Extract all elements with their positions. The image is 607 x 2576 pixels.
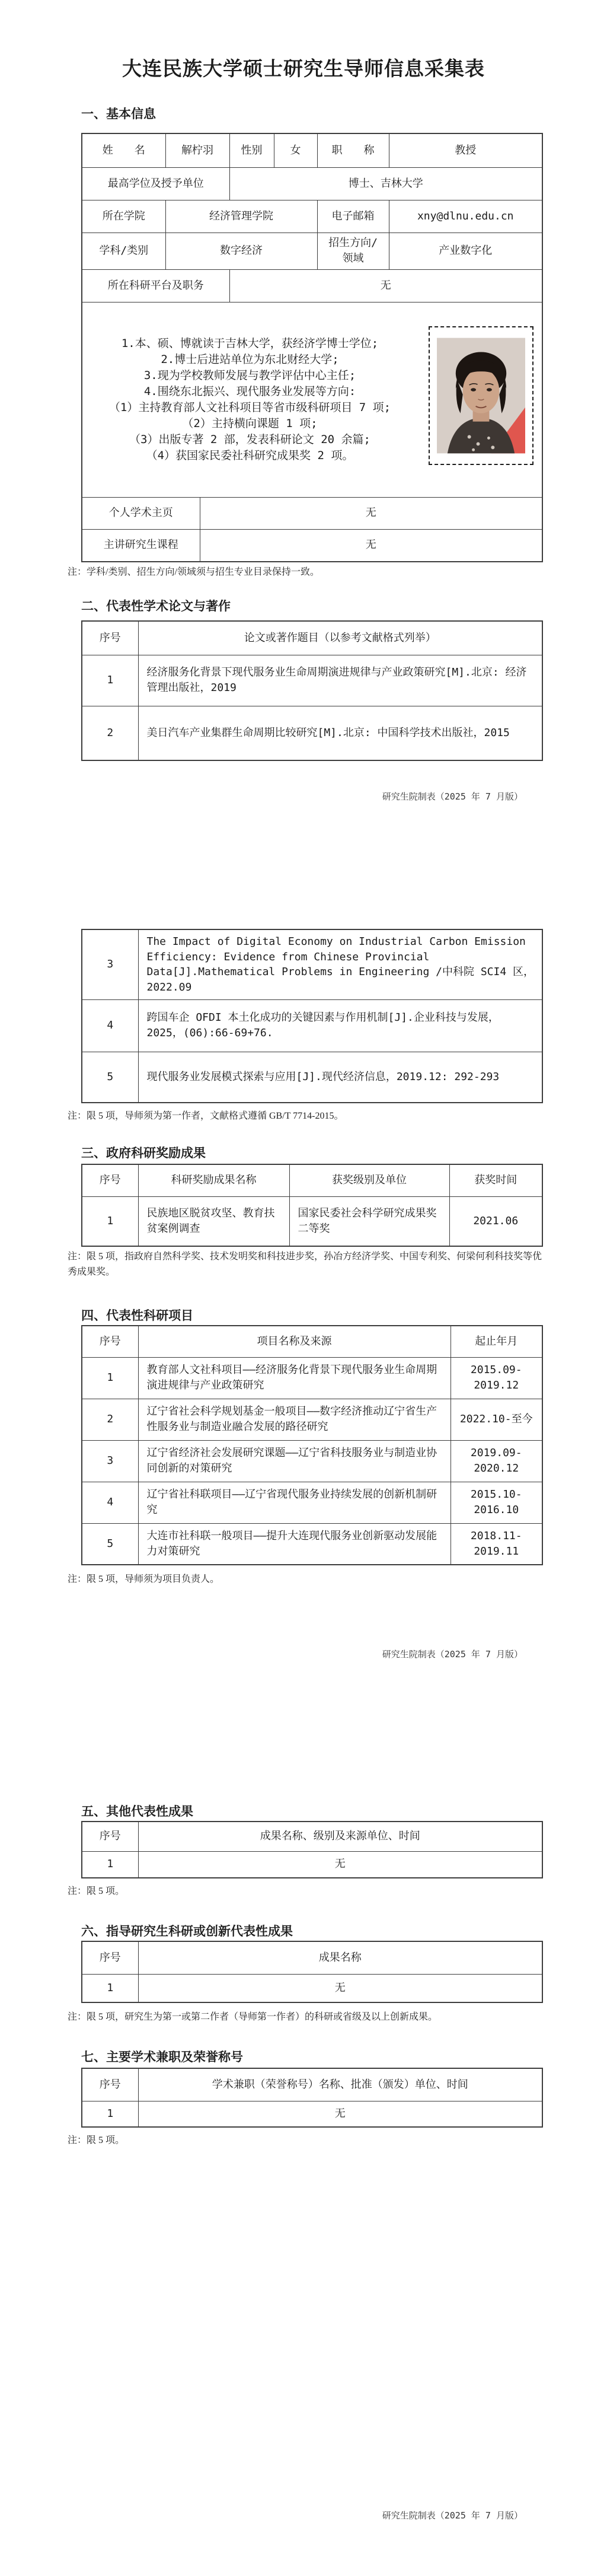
- papers-table-part1: 序号 论文或著作题目（以参考文献格式列举） 1 经济服务化背景下现代服务业生命周…: [81, 620, 543, 761]
- gender-value: 女: [274, 133, 317, 167]
- award-name: 民族地区脱贫攻坚、教育扶贫案例调查: [138, 1196, 289, 1246]
- bio-line: 3.现为学校教师发展与教学评估中心主任;: [88, 368, 411, 384]
- honors-col-no: 序号: [82, 2068, 138, 2101]
- paper-no: 3: [82, 929, 138, 999]
- table-row: 姓 名 解柠羽 性别 女 职 称 教授: [82, 133, 542, 167]
- section-heading-basic-info: 一、基本信息: [81, 104, 156, 122]
- project-period: 2015.09-2019.12: [451, 1357, 542, 1399]
- project-no: 1: [82, 1357, 138, 1399]
- others-col-name: 成果名称、级别及来源单位、时间: [138, 1822, 542, 1851]
- section-heading-awards: 三、政府科研奖励成果: [81, 1144, 206, 1161]
- table-header-row: 序号 成果名称、级别及来源单位、时间: [82, 1822, 542, 1851]
- note-student: 注：限 5 项，研究生为第一或第二作者（导师第一作者）的科研或省级及以上创新成果…: [68, 2010, 549, 2025]
- degree-value: 博士、吉林大学: [229, 167, 542, 200]
- homepage-label: 个人学术主页: [82, 497, 200, 529]
- table-row: 3 辽宁省经济社会发展研究课题——辽宁省科技服务业与制造业协同创新的对策研究 2…: [82, 1440, 542, 1482]
- portrait-photo-image: [437, 337, 525, 454]
- table-row: 4 跨国车企 OFDI 本土化成功的关键因素与作用机制[J].企业科技与发展，2…: [82, 999, 542, 1052]
- platform-label: 所在科研平台及职务: [82, 269, 229, 302]
- table-row: 1 教育部人文社科项目——经济服务化背景下现代服务业生命周期演进规律与产业政策研…: [82, 1357, 542, 1399]
- college-value: 经济管理学院: [165, 200, 317, 233]
- table-row: 2 辽宁省社会科学规划基金一般项目——数字经济推动辽宁省生产性服务业与制造业融合…: [82, 1399, 542, 1440]
- document-page: 大连民族大学硕士研究生导师信息采集表 一、基本信息 姓 名 解柠羽 性别 女 职…: [0, 0, 607, 2576]
- bio-cell: 1.本、硕、博就读于吉林大学，获经济学博士学位; 2.博士后进站单位为东北财经大…: [82, 302, 542, 497]
- project-name: 教育部人文社科项目——经济服务化背景下现代服务业生命周期演进规律与产业政策研究: [138, 1357, 451, 1399]
- project-no: 4: [82, 1482, 138, 1523]
- project-no: 3: [82, 1440, 138, 1482]
- bio-line: （3）出版专著 2 部，发表科研论文 20 余篇;: [88, 432, 411, 448]
- section-heading-others: 五、其他代表性成果: [81, 1802, 193, 1820]
- table-header-row: 序号 学术兼职（荣誉称号）名称、批准（颁发）单位、时间: [82, 2068, 542, 2101]
- paper-title: The Impact of Digital Economy on Industr…: [138, 929, 542, 999]
- discipline-label: 学科/类别: [82, 233, 165, 269]
- page-footer: 研究生院制表（2025 年 7 月版）: [382, 1648, 523, 1660]
- direction-label: 招生方向/领域: [317, 233, 389, 269]
- page-title: 大连民族大学硕士研究生导师信息采集表: [0, 53, 607, 81]
- paper-title: 现代服务业发展模式探索与应用[J].现代经济信息，2019.12: 292-29…: [138, 1052, 542, 1103]
- others-col-no: 序号: [82, 1822, 138, 1851]
- table-row: 4 辽宁省社科联项目——辽宁省现代服务业持续发展的创新机制研究 2015.10-…: [82, 1482, 542, 1523]
- gender-label: 性别: [229, 133, 274, 167]
- table-row: 所在科研平台及职务 无: [82, 269, 542, 302]
- awards-col-level: 获奖级别及单位: [289, 1164, 449, 1196]
- papers-table-part2: 3 The Impact of Digital Economy on Indus…: [81, 929, 543, 1103]
- bio-line: （4）获国家民委社科研究成果奖 2 项。: [88, 448, 411, 464]
- paper-title: 经济服务化背景下现代服务业生命周期演进规律与产业政策研究[M].北京: 经济管理…: [138, 655, 542, 706]
- project-period: 2018.11-2019.11: [451, 1523, 542, 1565]
- project-name: 辽宁省社会科学规划基金一般项目——数字经济推动辽宁省生产性服务业与制造业融合发展…: [138, 1399, 451, 1440]
- bio-line: （1）主持教育部人文社科项目等省市级科研项目 7 项;: [88, 400, 411, 416]
- note-others: 注：限 5 项。: [68, 1884, 549, 1899]
- note-projects: 注：限 5 项，导师须为项目负责人。: [68, 1572, 549, 1587]
- page-footer: 研究生院制表（2025 年 7 月版）: [382, 790, 523, 803]
- table-row: 5 现代服务业发展模式探索与应用[J].现代经济信息，2019.12: 292-…: [82, 1052, 542, 1103]
- table-row: 3 The Impact of Digital Economy on Indus…: [82, 929, 542, 999]
- project-name: 大连市社科联一般项目——提升大连现代服务业创新驱动发展能力对策研究: [138, 1523, 451, 1565]
- paper-no: 5: [82, 1052, 138, 1103]
- student-col-name: 成果名称: [138, 1941, 542, 1974]
- awards-table: 序号 科研奖励成果名称 获奖级别及单位 获奖时间 1 民族地区脱贫攻坚、教育扶贫…: [81, 1164, 543, 1247]
- name-label: 姓 名: [82, 133, 165, 167]
- papers-col-no: 序号: [82, 621, 138, 655]
- supervisor-photo: [429, 326, 533, 465]
- courses-label: 主讲研究生课程: [82, 529, 200, 562]
- table-row: 1 民族地区脱贫攻坚、教育扶贫案例调查 国家民委社会科学研究成果奖二等奖 202…: [82, 1196, 542, 1246]
- others-table: 序号 成果名称、级别及来源单位、时间 1 无: [81, 1821, 543, 1878]
- table-row: 2 美日汽车产业集群生命周期比较研究[M].北京: 中国科学技术出版社，2015: [82, 706, 542, 760]
- project-period: 2019.09-2020.12: [451, 1440, 542, 1482]
- degree-label: 最高学位及授予单位: [82, 167, 229, 200]
- table-header-row: 序号 科研奖励成果名称 获奖级别及单位 获奖时间: [82, 1164, 542, 1196]
- title-label: 职 称: [317, 133, 389, 167]
- bio-line: 2.博士后进站单位为东北财经大学;: [88, 352, 411, 368]
- awards-col-no: 序号: [82, 1164, 138, 1196]
- honors-col-name: 学术兼职（荣誉称号）名称、批准（颁发）单位、时间: [138, 2068, 542, 2101]
- project-name: 辽宁省经济社会发展研究课题——辽宁省科技服务业与制造业协同创新的对策研究: [138, 1440, 451, 1482]
- table-row: 所在学院 经济管理学院 电子邮箱 xny@dlnu.edu.cn: [82, 200, 542, 233]
- honor-name: 无: [138, 2101, 542, 2127]
- bio-line: 4.围绕东北振兴、现代服务业发展等方向:: [88, 384, 411, 400]
- table-row: 学科/类别 数字经济 招生方向/领域 产业数字化: [82, 233, 542, 269]
- student-achievements-table: 序号 成果名称 1 无: [81, 1941, 543, 2003]
- table-header-row: 序号 成果名称: [82, 1941, 542, 1974]
- projects-table: 序号 项目名称及来源 起止年月 1 教育部人文社科项目——经济服务化背景下现代服…: [81, 1325, 543, 1565]
- table-row: 主讲研究生课程 无: [82, 529, 542, 562]
- direction-value: 产业数字化: [389, 233, 542, 269]
- award-no: 1: [82, 1196, 138, 1246]
- section-heading-student: 六、指导研究生科研或创新代表性成果: [81, 1922, 293, 1940]
- college-label: 所在学院: [82, 200, 165, 233]
- email-label: 电子邮箱: [317, 200, 389, 233]
- table-row: 个人学术主页 无: [82, 497, 542, 529]
- honor-no: 1: [82, 2101, 138, 2127]
- section-heading-honors: 七、主要学术兼职及荣誉称号: [81, 2048, 243, 2065]
- paper-title: 美日汽车产业集群生命周期比较研究[M].北京: 中国科学技术出版社，2015: [138, 706, 542, 760]
- projects-col-period: 起止年月: [451, 1326, 542, 1357]
- table-row: 1 经济服务化背景下现代服务业生命周期演进规律与产业政策研究[M].北京: 经济…: [82, 655, 542, 706]
- table-row: 1 无: [82, 1851, 542, 1878]
- student-no: 1: [82, 1974, 138, 2002]
- bio-text: 1.本、硕、博就读于吉林大学，获经济学博士学位; 2.博士后进站单位为东北财经大…: [88, 336, 411, 464]
- awards-col-name: 科研奖励成果名称: [138, 1164, 289, 1196]
- table-header-row: 序号 论文或著作题目（以参考文献格式列举）: [82, 621, 542, 655]
- name-value: 解柠羽: [165, 133, 229, 167]
- project-no: 5: [82, 1523, 138, 1565]
- papers-col-title: 论文或著作题目（以参考文献格式列举）: [138, 621, 542, 655]
- section-heading-projects: 四、代表性科研项目: [81, 1306, 193, 1324]
- email-value: xny@dlnu.edu.cn: [389, 200, 542, 233]
- project-period: 2015.10-2016.10: [451, 1482, 542, 1523]
- other-name: 无: [138, 1851, 542, 1878]
- awards-col-time: 获奖时间: [449, 1164, 542, 1196]
- projects-col-name: 项目名称及来源: [138, 1326, 451, 1357]
- project-no: 2: [82, 1399, 138, 1440]
- note-awards: 注：限 5 项，指政府自然科学奖、技术发明奖和科技进步奖，孙冶方经济学奖、中国专…: [68, 1249, 549, 1281]
- note-papers: 注：限 5 项，导师须为第一作者，文献格式遵循 GB/T 7714-2015。: [68, 1109, 549, 1124]
- table-row-bio: 1.本、硕、博就读于吉林大学，获经济学博士学位; 2.博士后进站单位为东北财经大…: [82, 302, 542, 497]
- platform-value: 无: [229, 269, 542, 302]
- other-no: 1: [82, 1851, 138, 1878]
- table-header-row: 序号 项目名称及来源 起止年月: [82, 1326, 542, 1357]
- projects-col-no: 序号: [82, 1326, 138, 1357]
- page-footer: 研究生院制表（2025 年 7 月版）: [382, 2509, 523, 2521]
- paper-title: 跨国车企 OFDI 本土化成功的关键因素与作用机制[J].企业科技与发展，202…: [138, 999, 542, 1052]
- note-honors: 注：限 5 项。: [68, 2133, 549, 2148]
- paper-no: 1: [82, 655, 138, 706]
- student-name: 无: [138, 1974, 542, 2002]
- title-value: 教授: [389, 133, 542, 167]
- discipline-value: 数字经济: [165, 233, 317, 269]
- table-row: 最高学位及授予单位 博士、吉林大学: [82, 167, 542, 200]
- courses-value: 无: [200, 529, 542, 562]
- project-name: 辽宁省社科联项目——辽宁省现代服务业持续发展的创新机制研究: [138, 1482, 451, 1523]
- table-row: 1 无: [82, 2101, 542, 2127]
- project-period: 2022.10-至今: [451, 1399, 542, 1440]
- homepage-value: 无: [200, 497, 542, 529]
- note-basic-info: 注：学科/类别、招生方向/领域须与招生专业目录保持一致。: [68, 565, 549, 580]
- paper-no: 2: [82, 706, 138, 760]
- award-level: 国家民委社会科学研究成果奖二等奖: [289, 1196, 449, 1246]
- table-row: 1 无: [82, 1974, 542, 2002]
- section-heading-papers: 二、代表性学术论文与著作: [81, 597, 231, 614]
- honors-table: 序号 学术兼职（荣誉称号）名称、批准（颁发）单位、时间 1 无: [81, 2068, 543, 2128]
- student-col-no: 序号: [82, 1941, 138, 1974]
- bio-line: 1.本、硕、博就读于吉林大学，获经济学博士学位;: [88, 336, 411, 352]
- table-row: 5 大连市社科联一般项目——提升大连现代服务业创新驱动发展能力对策研究 2018…: [82, 1523, 542, 1565]
- paper-no: 4: [82, 999, 138, 1052]
- award-time: 2021.06: [449, 1196, 542, 1246]
- bio-line: （2）主持横向课题 1 项;: [88, 416, 411, 432]
- basic-info-table: 姓 名 解柠羽 性别 女 职 称 教授 最高学位及授予单位 博士、吉林大学 所在…: [81, 133, 543, 562]
